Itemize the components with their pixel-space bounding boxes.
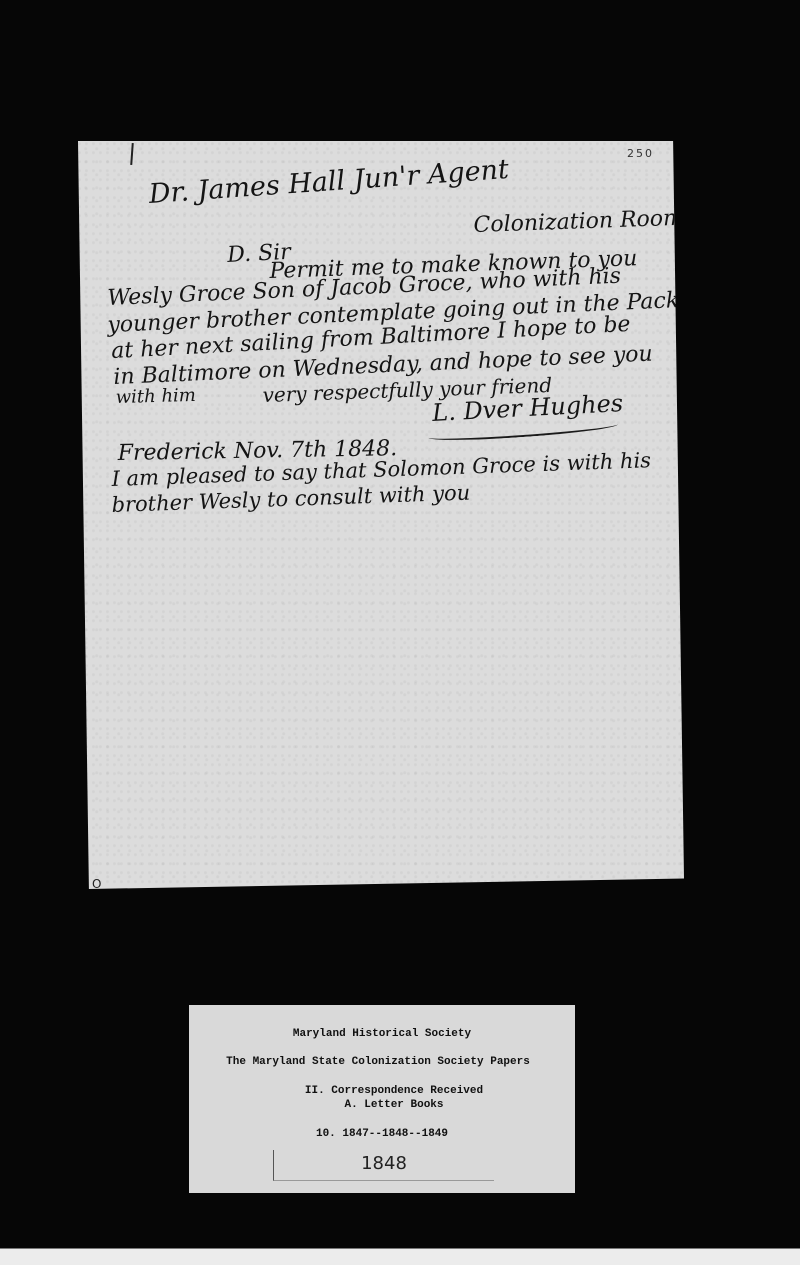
film-edge-strip (0, 1248, 800, 1265)
card-series: II. Correspondence Received (201, 1085, 587, 1097)
addressee-office: Colonization Rooms (473, 205, 696, 238)
card-year: 1848 (274, 1153, 494, 1174)
page-number: 250 (627, 147, 654, 160)
card-volume: 10. 1847--1848--1849 (189, 1128, 575, 1140)
letter-page: 250 Dr. James Hall Jun'r Agent Colonizat… (78, 141, 684, 889)
body-line: with him (115, 385, 196, 408)
margin-mark (130, 143, 134, 165)
corner-mark: O (92, 877, 101, 891)
card-collection: The Maryland State Colonization Society … (185, 1056, 571, 1068)
addressee: Dr. James Hall Jun'r Agent (148, 154, 510, 210)
archive-target-card: Maryland Historical Society The Maryland… (189, 1005, 575, 1193)
card-year-box: 1848 (273, 1150, 494, 1181)
card-subseries: A. Letter Books (201, 1099, 587, 1111)
card-society: Maryland Historical Society (189, 1028, 575, 1040)
